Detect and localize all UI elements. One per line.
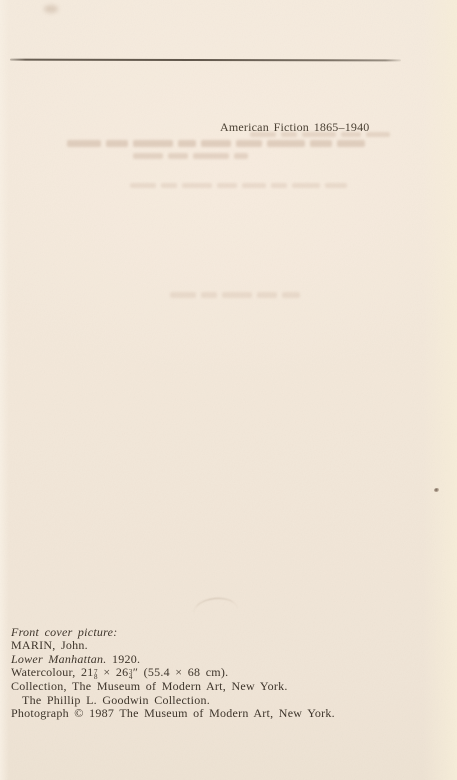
ghost-showthrough-line bbox=[130, 183, 347, 188]
ghost-word bbox=[267, 140, 305, 147]
ghost-word bbox=[182, 183, 212, 188]
ghost-word bbox=[236, 140, 262, 147]
ghost-word bbox=[168, 153, 188, 159]
ghost-word bbox=[201, 292, 217, 298]
ghost-word bbox=[170, 292, 196, 298]
credit-medium-prefix: Watercolour, 21 bbox=[11, 665, 93, 679]
credit-work: Lower Manhattan. 1920. bbox=[11, 653, 335, 666]
credit-medium-suffix: (55.4 × 68 cm). bbox=[138, 665, 228, 679]
ghost-word bbox=[130, 183, 156, 188]
ghost-word bbox=[366, 132, 390, 137]
ghost-word bbox=[178, 140, 196, 147]
credit-heading: Front cover picture: bbox=[11, 626, 335, 639]
front-cover-credit-block: Front cover picture: MARIN, John. Lower … bbox=[11, 626, 335, 720]
credit-artist: MARIN, John. bbox=[11, 639, 335, 652]
ghost-word bbox=[292, 183, 320, 188]
ghost-word bbox=[161, 183, 177, 188]
scan-smudge bbox=[44, 5, 58, 13]
ghost-showthrough-line bbox=[133, 153, 248, 159]
ghost-word bbox=[242, 183, 266, 188]
credit-medium-between: × 26 bbox=[98, 665, 128, 679]
ghost-word bbox=[310, 140, 332, 147]
ghost-word bbox=[325, 183, 347, 188]
credit-work-date: 1920. bbox=[112, 652, 140, 666]
dust-speck bbox=[434, 488, 439, 492]
ghost-word bbox=[271, 183, 287, 188]
paper-crease bbox=[192, 596, 237, 614]
ghost-word bbox=[67, 140, 101, 147]
horizontal-rule bbox=[10, 59, 401, 62]
ghost-word bbox=[133, 140, 173, 147]
credit-collection-sub: The Phillip L. Goodwin Collection. bbox=[11, 694, 335, 707]
ghost-word bbox=[234, 153, 248, 159]
ghost-showthrough-line bbox=[67, 140, 365, 147]
ghost-word bbox=[337, 140, 365, 147]
ghost-word bbox=[106, 140, 128, 147]
scanned-book-page: American Fiction 1865–1940 Front cover p… bbox=[0, 0, 457, 780]
ghost-word bbox=[133, 153, 163, 159]
ghost-word bbox=[201, 140, 231, 147]
credit-medium: Watercolour, 2178 × 2634″ (55.4 × 68 cm)… bbox=[11, 666, 335, 680]
ghost-word bbox=[193, 153, 229, 159]
credit-collection: Collection, The Museum of Modern Art, Ne… bbox=[11, 680, 335, 693]
ghost-word bbox=[282, 292, 300, 298]
credit-photograph: Photograph © 1987 The Museum of Modern A… bbox=[11, 707, 335, 720]
ghost-word bbox=[257, 292, 277, 298]
series-title: American Fiction 1865–1940 bbox=[220, 120, 370, 135]
credit-work-title: Lower Manhattan. bbox=[11, 652, 107, 666]
ghost-word bbox=[222, 292, 252, 298]
ghost-word bbox=[217, 183, 237, 188]
ghost-showthrough-line bbox=[170, 292, 300, 298]
